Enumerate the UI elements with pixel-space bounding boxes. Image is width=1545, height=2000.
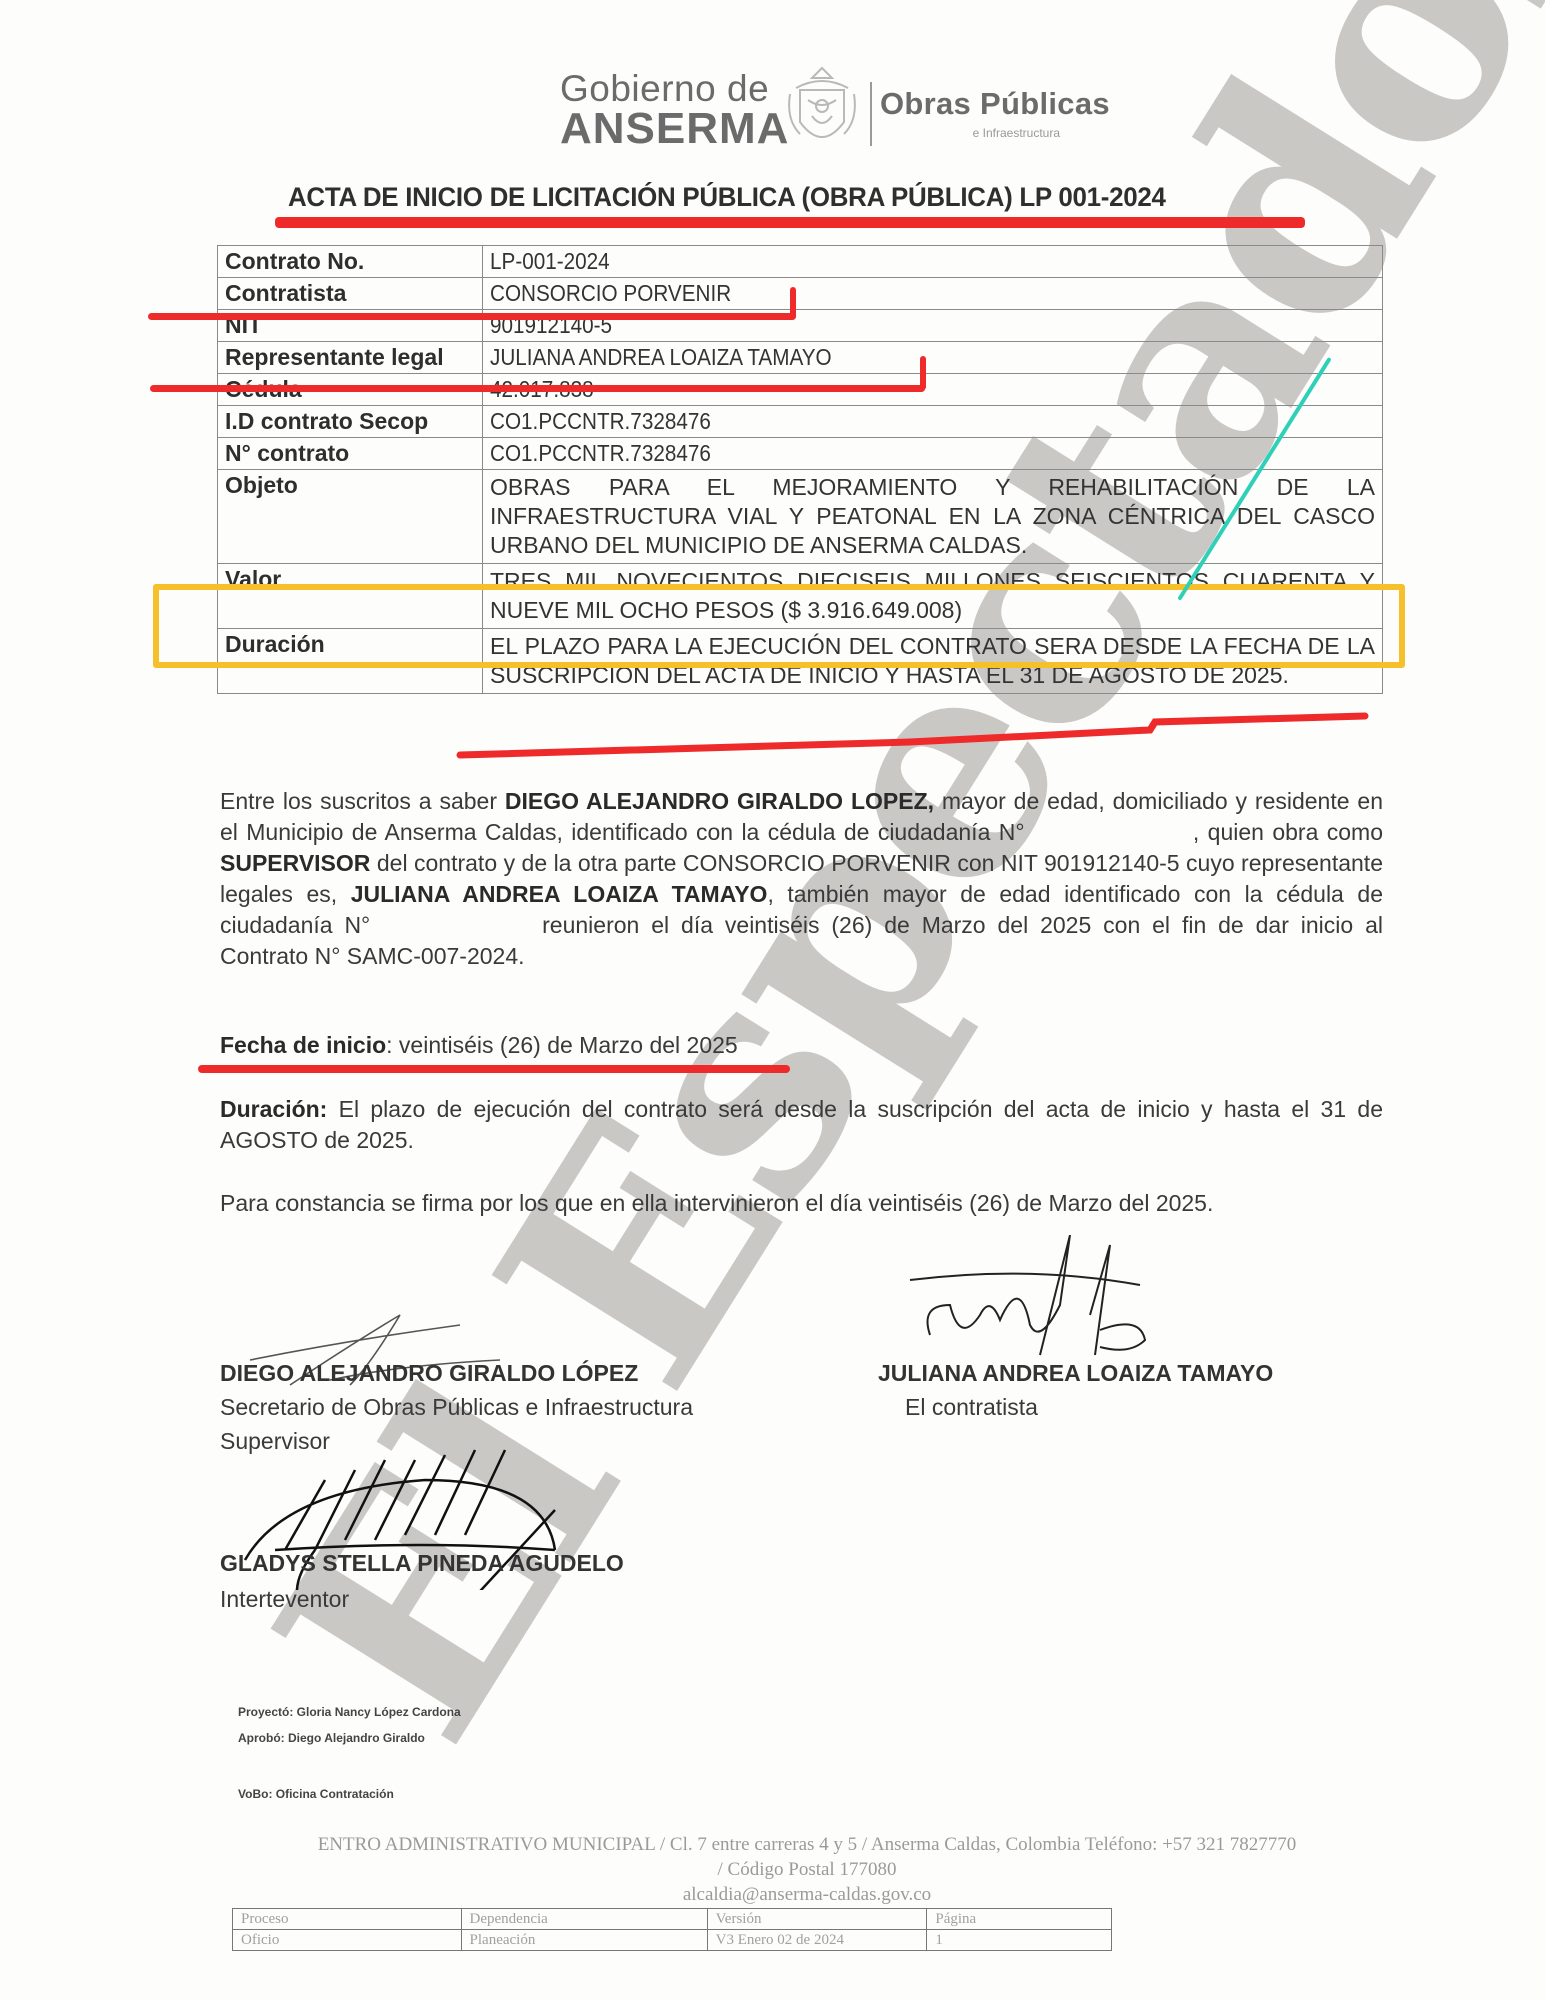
row-value: CO1.PCCNTR.7328476 <box>483 438 1383 470</box>
duration-paragraph: Duración: El plazo de ejecución del cont… <box>220 1094 1383 1156</box>
interventor-signature-name: GLADYS STELLA PINEDA AGUDELO <box>220 1550 624 1577</box>
footer-email: alcaldia@anserma-caldas.gov.co <box>232 1882 1382 1907</box>
projected-by: Proyectó: Gloria Nancy López Cardona <box>238 1705 461 1719</box>
footer-address: ENTRO ADMINISTRATIVO MUNICIPAL / Cl. 7 e… <box>232 1832 1382 1907</box>
row-label: Contratista <box>218 278 483 310</box>
contractor-role: El contratista <box>905 1394 1038 1421</box>
row-value: LP-001-2024 <box>483 246 1383 278</box>
row-value: CONSORCIO PORVENIR <box>483 278 1383 310</box>
value-highlight-box <box>153 584 1405 668</box>
logo-line1: Gobierno de <box>560 70 789 107</box>
representative-name: JULIANA ANDREA LOAIZA TAMAYO <box>351 881 768 907</box>
table-row: Contrato No. LP-001-2024 <box>218 246 1383 278</box>
table-row: I.D contrato Secop CO1.PCCNTR.7328476 <box>218 406 1383 438</box>
supervisor-role: SUPERVISOR <box>220 850 370 876</box>
table-row: N° contrato CO1.PCCNTR.7328476 <box>218 438 1383 470</box>
department-subtitle: e Infraestructura <box>880 126 1060 140</box>
document-title: ACTA DE INICIO DE LICITACIÓN PÚBLICA (OB… <box>288 182 1166 213</box>
department-logo: Obras Públicas e Infraestructura <box>880 86 1110 140</box>
row-label: I.D contrato Secop <box>218 406 483 438</box>
contractor-name: CONSORCIO PORVENIR <box>490 279 731 308</box>
intro-paragraph: Entre los suscritos a saber DIEGO ALEJAN… <box>220 786 1383 972</box>
representative-highlight-underline <box>150 385 925 392</box>
duration-highlight-underline <box>455 700 1375 760</box>
row-label: Objeto <box>218 470 483 564</box>
interventor-role: Interteventor <box>220 1586 349 1613</box>
start-date-line: Fecha de inicio: veintiséis (26) de Marz… <box>220 1030 1383 1061</box>
secop-id: CO1.PCCNTR.7328476 <box>490 407 711 436</box>
coat-of-arms-icon <box>782 60 862 155</box>
contractor-signature-icon <box>890 1235 1190 1375</box>
duration-label: Duración: <box>220 1096 327 1122</box>
representative-highlight-tick <box>920 356 926 390</box>
municipality-logo-text: Gobierno de ANSERMA <box>560 70 789 151</box>
start-date-value: : veintiséis (26) de Marzo del 2025 <box>386 1032 738 1058</box>
contractor-signature-name: JULIANA ANDREA LOAIZA TAMAYO <box>878 1360 1273 1387</box>
contract-id: CO1.PCCNTR.7328476 <box>490 439 711 468</box>
table-row: Contratista CONSORCIO PORVENIR <box>218 278 1383 310</box>
contract-number: LP-001-2024 <box>490 247 610 276</box>
object-value: OBRAS PARA EL MEJORAMIENTO Y REHABILITAC… <box>483 470 1383 564</box>
footer-value-row: Oficio Planeación V3 Enero 02 de 2024 1 <box>233 1930 1112 1951</box>
row-label: Representante legal <box>218 342 483 374</box>
footer-table: Proceso Dependencia Versión Página Ofici… <box>232 1908 1112 1951</box>
logo-divider <box>870 82 872 146</box>
footer-header-row: Proceso Dependencia Versión Página <box>233 1909 1112 1930</box>
contractor-highlight-underline <box>148 313 796 320</box>
row-label: N° contrato <box>218 438 483 470</box>
logo-line2: ANSERMA <box>560 107 789 151</box>
department-name: Obras Públicas <box>880 86 1110 122</box>
start-date-highlight-underline <box>198 1065 790 1073</box>
row-value: CO1.PCCNTR.7328476 <box>483 406 1383 438</box>
title-highlight-underline <box>275 217 1305 228</box>
supervisor-signature-name: DIEGO ALEJANDRO GIRALDO LÓPEZ <box>220 1360 638 1387</box>
supervisor-title: Secretario de Obras Públicas e Infraestr… <box>220 1394 693 1421</box>
start-date-label: Fecha de inicio <box>220 1032 386 1058</box>
row-value: JULIANA ANDREA LOAIZA TAMAYO <box>483 342 1383 374</box>
table-row: Representante legal JULIANA ANDREA LOAIZ… <box>218 342 1383 374</box>
legal-representative: JULIANA ANDREA LOAIZA TAMAYO <box>490 343 832 372</box>
contractor-highlight-tick <box>790 287 796 319</box>
constancia-paragraph: Para constancia se firma por los que en … <box>220 1188 1383 1219</box>
row-label: Contrato No. <box>218 246 483 278</box>
vobo: VoBo: Oficina Contratación <box>238 1787 394 1801</box>
supervisor-name: DIEGO ALEJANDRO GIRALDO LOPEZ, <box>505 788 934 814</box>
approved-by: Aprobó: Diego Alejandro Giraldo <box>238 1731 425 1745</box>
